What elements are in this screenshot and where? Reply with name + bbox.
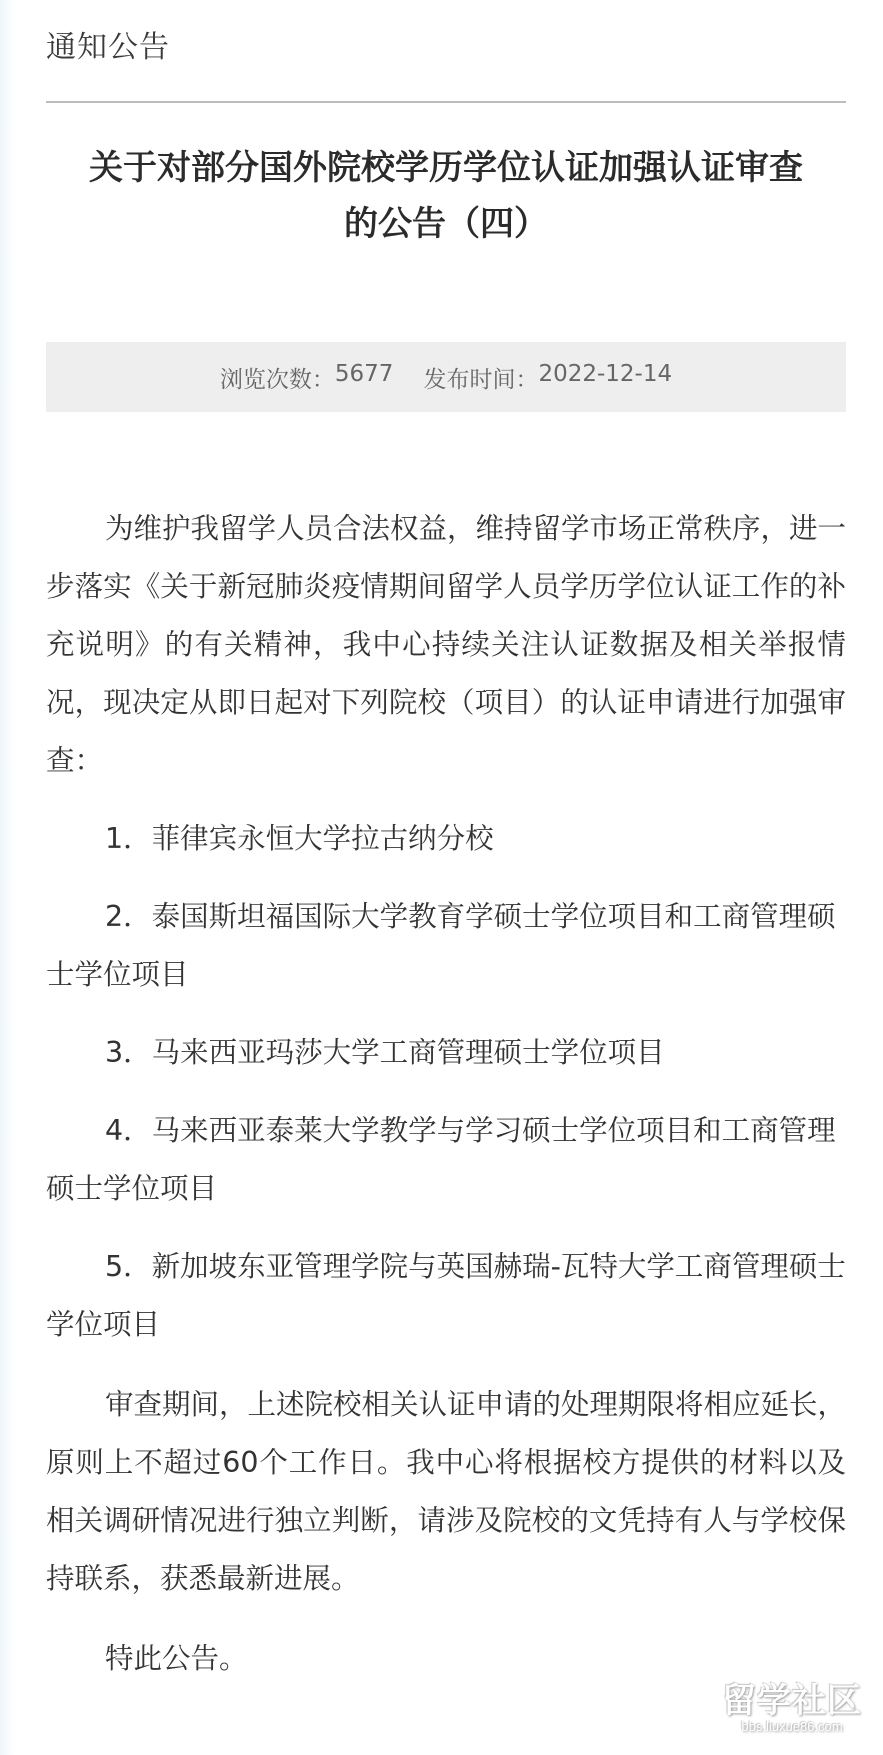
list-item: 4．马来西亚泰莱大学教学与学习硕士学位项目和工商管理硕士学位项目 [46,1102,846,1218]
section-header: 通知公告 [46,28,170,68]
list-item-text: 菲律宾永恒大学拉古纳分校 [152,822,494,855]
list-item: 2．泰国斯坦福国际大学教育学硕士学位项目和工商管理硕士学位项目 [46,888,846,1004]
article-body: 为维护我留学人员合法权益，维持留学市场正常秩序，进一步落实《关于新冠肺炎疫情期间… [46,500,846,1688]
list-item-number: 4． [105,1114,152,1147]
sign-off: 特此公告。 [46,1630,846,1688]
list-item-text: 马来西亚玛莎大学工商管理硕士学位项目 [152,1036,665,1069]
left-edge-tint [0,0,14,1755]
list-item-number: 5． [105,1250,152,1283]
article-title-line-2: 的公告（四） [46,196,846,252]
list-item-number: 1． [105,822,152,855]
site-watermark: 留学社区 bbs.liuxue86.com [712,1683,872,1735]
view-count-label: 浏览次数： [220,361,335,394]
list-item-text: 新加坡东亚管理学院与英国赫瑞-瓦特大学工商管理硕士学位项目 [46,1250,846,1341]
list-item-text: 马来西亚泰莱大学教学与学习硕士学位项目和工商管理硕士学位项目 [46,1114,836,1205]
closing-paragraph: 审查期间，上述院校相关认证申请的处理期限将相应延长，原则上不超过60个工作日。我… [46,1376,846,1608]
intro-paragraph: 为维护我留学人员合法权益，维持留学市场正常秩序，进一步落实《关于新冠肺炎疫情期间… [46,500,846,790]
view-count-value: 5677 [335,361,394,394]
list-item-number: 2． [105,900,152,933]
watermark-title: 留学社区 [712,1683,872,1719]
list-item: 3．马来西亚玛莎大学工商管理硕士学位项目 [46,1024,846,1082]
article-title-line-1: 关于对部分国外院校学历学位认证加强认证审查 [46,140,846,196]
view-count: 浏览次数： 5677 [220,361,394,394]
header-divider [46,101,846,103]
list-item-text: 泰国斯坦福国际大学教育学硕士学位项目和工商管理硕士学位项目 [46,900,836,991]
watermark-url: bbs.liuxue86.com [712,1719,872,1735]
list-item: 5．新加坡东亚管理学院与英国赫瑞-瓦特大学工商管理硕士学位项目 [46,1238,846,1354]
publish-date-label: 发布时间： [423,361,538,394]
list-item: 1．菲律宾永恒大学拉古纳分校 [46,810,846,868]
article-title: 关于对部分国外院校学历学位认证加强认证审查 的公告（四） [46,140,846,252]
publish-date-value: 2022-12-14 [538,361,672,394]
list-item-number: 3． [105,1036,152,1069]
publish-date: 发布时间： 2022-12-14 [423,361,672,394]
article-meta-bar: 浏览次数： 5677 发布时间： 2022-12-14 [46,342,846,412]
